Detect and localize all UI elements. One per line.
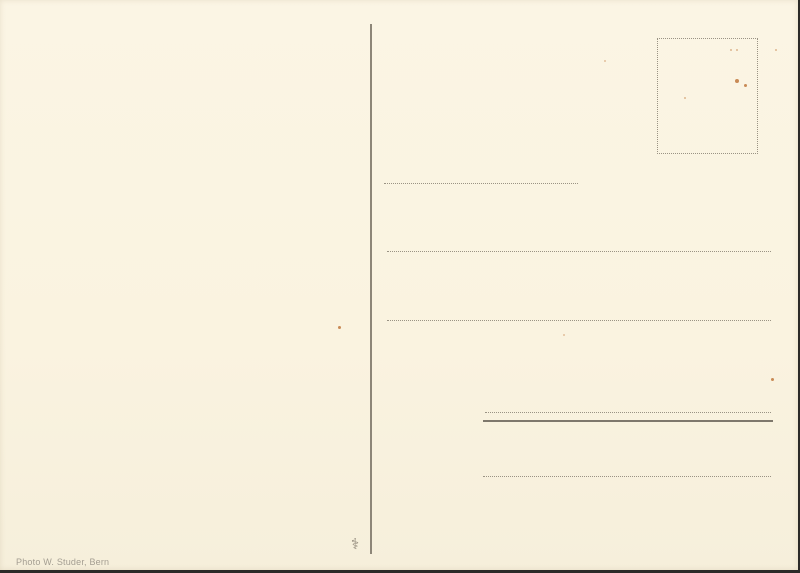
address-line-1 bbox=[384, 183, 578, 184]
foxing-spot bbox=[771, 378, 774, 381]
address-line-2 bbox=[387, 251, 771, 252]
address-underline-solid bbox=[483, 420, 773, 422]
postcard-back: ⚕ Photo W. Studer, Bern bbox=[0, 0, 798, 570]
foxing-spot bbox=[735, 79, 739, 83]
photo-credit: Photo W. Studer, Bern bbox=[16, 558, 109, 567]
foxing-spot bbox=[744, 84, 747, 87]
foxing-spot bbox=[736, 49, 738, 51]
center-divider-line bbox=[370, 24, 372, 554]
foxing-spot bbox=[338, 326, 341, 329]
stamp-box bbox=[657, 38, 758, 154]
foxing-spot bbox=[730, 49, 732, 51]
address-line-3 bbox=[387, 320, 771, 321]
foxing-spot bbox=[775, 49, 777, 51]
foxing-spot bbox=[604, 60, 606, 62]
address-line-4 bbox=[485, 412, 771, 413]
foxing-spot bbox=[684, 97, 686, 99]
address-line-5 bbox=[483, 476, 771, 477]
foxing-spot bbox=[563, 334, 565, 336]
publisher-logo-icon: ⚕ bbox=[351, 537, 359, 552]
